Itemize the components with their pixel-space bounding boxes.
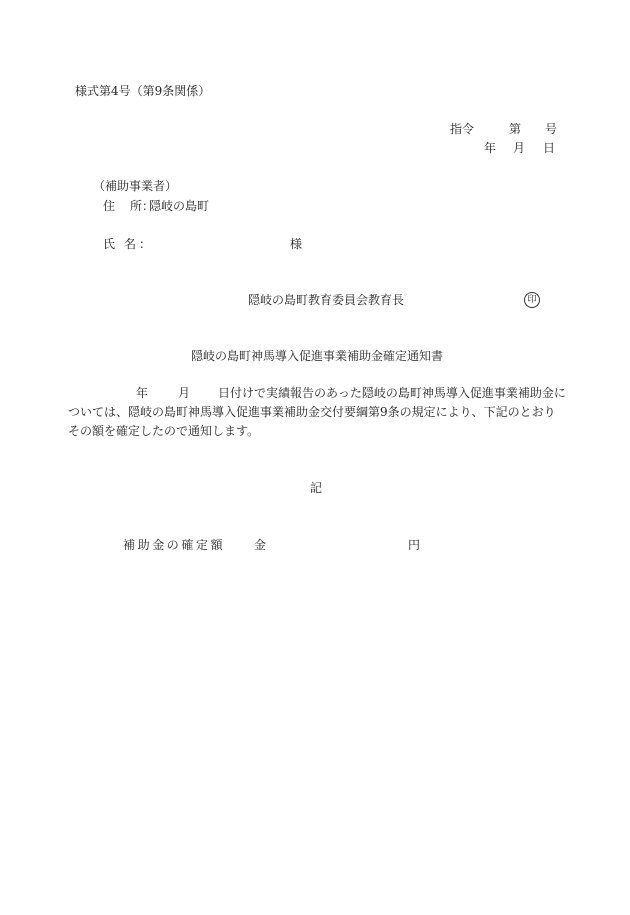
issuer-title: 隠岐の島町教育委員会教育長 — [248, 292, 404, 308]
body-line-3: その額を確定したので通知します。 — [68, 422, 565, 441]
ki-heading: 記 — [310, 480, 322, 496]
body-year: 年 — [136, 386, 148, 400]
form-number: 様式第4号（第9条関係） — [75, 83, 210, 99]
body-line-2: ついては、隠岐の島町神馬導入促進事業補助金交付要綱第9条の規定により、下記のとお… — [68, 403, 565, 422]
name-label-2: 名 — [124, 236, 136, 252]
reference-number-prefix: 第 — [509, 121, 521, 137]
seal-icon: 印 — [524, 292, 540, 308]
amount-label: 補助金の確定額 — [123, 537, 225, 553]
date-day: 日 — [543, 140, 555, 156]
reference-label: 指令 — [450, 121, 474, 137]
reference-number-suffix: 号 — [545, 121, 557, 137]
name-colon: ： — [139, 236, 151, 252]
address-label-1: 住 — [103, 198, 115, 214]
recipient-heading: （補助事業者） — [93, 178, 177, 194]
amount-suffix: 円 — [408, 537, 420, 553]
body-paragraph: 年月日付けで実績報告のあった隠岐の島町神馬導入促進事業補助金に ついては、隠岐の… — [68, 384, 565, 441]
date-year: 年 — [484, 140, 496, 156]
body-month: 月 — [178, 386, 190, 400]
amount-prefix: 金 — [254, 537, 266, 553]
name-label-1: 氏 — [103, 236, 115, 252]
document-title: 隠岐の島町神馬導入促進事業補助金確定通知書 — [191, 348, 443, 364]
name-honorific: 様 — [290, 236, 302, 252]
date-month: 月 — [513, 140, 525, 156]
address-value: 隠岐の島町 — [149, 198, 209, 214]
body-line-1: 年月日付けで実績報告のあった隠岐の島町神馬導入促進事業補助金に — [68, 384, 565, 403]
body-line-1-rest: 日付けで実績報告のあった隠岐の島町神馬導入促進事業補助金に — [218, 386, 566, 400]
